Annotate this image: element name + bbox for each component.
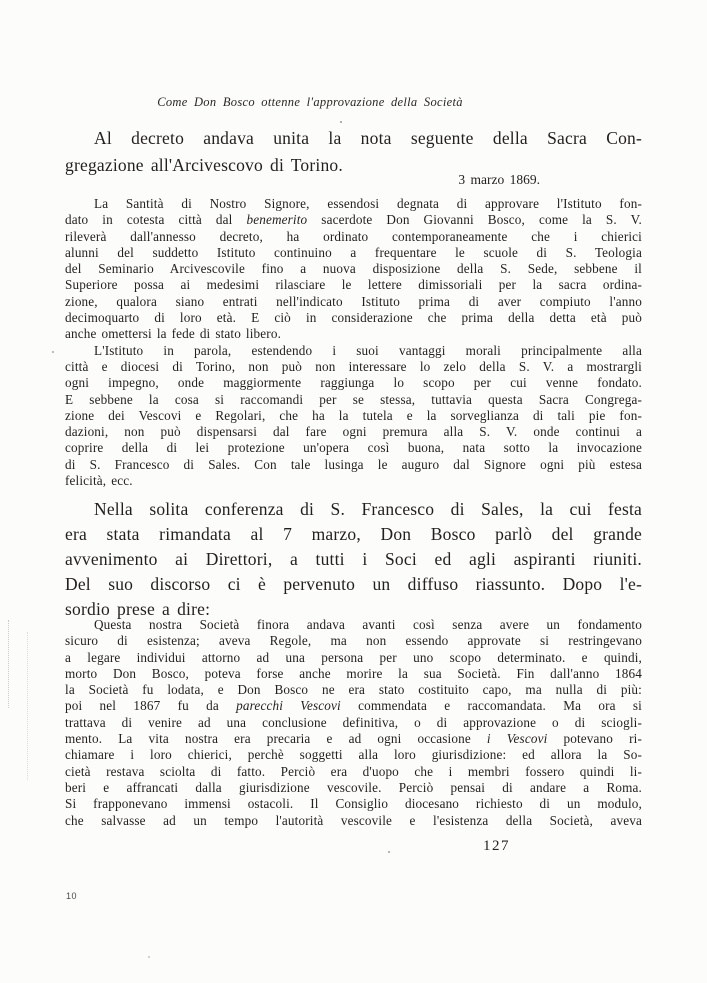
text-line: Del suo discorso ci è pervenuto un diffu…: [65, 572, 642, 597]
text-line: mento. La vita nostra era precaria e ad …: [65, 731, 642, 747]
book-page: Come Don Bosco ottenne l'approvazione de…: [0, 0, 707, 983]
scan-artifact-speck: [340, 121, 342, 123]
letter-paragraph-1: La Santità di Nostro Signore, essendosi …: [65, 196, 642, 343]
text-line: felicità, ecc.: [65, 473, 642, 489]
text-line: cietà restava sciolta di fatto. Perciò e…: [65, 764, 642, 780]
text-line: sicuro di esistenza; aveva Regole, ma no…: [65, 633, 642, 649]
text-line: Questa nostra Società finora andava avan…: [65, 617, 642, 633]
text-line: Al decreto andava unita la nota seguente…: [65, 125, 642, 152]
running-header: Come Don Bosco ottenne l'approvazione de…: [10, 95, 610, 110]
narration-paragraph: Nella solita conferenza di S. Francesco …: [65, 497, 642, 622]
text-line: Nella solita conferenza di S. Francesco …: [65, 497, 642, 522]
text-line: coprire della di lei protezione un'opera…: [65, 440, 642, 456]
letter-paragraph-2: L'Istituto in parola, estendendo i suoi …: [65, 343, 642, 490]
scan-artifact-dotted-line: [27, 632, 28, 780]
text-line: avvenimento ai Direttori, a tutti i Soci…: [65, 547, 642, 572]
text-line: ogni impegno, onde maggiormente raggiung…: [65, 375, 642, 391]
intro-paragraph: Al decreto andava unita la nota seguente…: [65, 125, 642, 179]
text-line: città e diocesi di Torino, non può non i…: [65, 359, 642, 375]
scan-artifact-speck: [388, 851, 390, 853]
letter-block: La Santità di Nostro Signore, essendosi …: [65, 196, 642, 489]
text-line: che salvasse ad un tempo l'autorità vesc…: [65, 813, 642, 829]
text-line: zione dei Vescovi e Regolari, che ha la …: [65, 408, 642, 424]
text-line: era stata rimandata al 7 marzo, Don Bosc…: [65, 522, 642, 547]
text-line: zione, qualora siano entrati nell'indica…: [65, 294, 642, 310]
text-line: dazioni, non può dispensarsi dal fare og…: [65, 424, 642, 440]
text-line: anche omettersi la fede di stato libero.: [65, 326, 642, 342]
scan-artifact-speck: [52, 351, 54, 353]
text-line: chiamare i loro chierici, perchè soggett…: [65, 747, 642, 763]
text-line: rileverà dall'annesso decreto, ha ordina…: [65, 229, 642, 245]
text-line: morto Don Bosco, poteva forse anche mori…: [65, 666, 642, 682]
text-line: trattava di venire ad una conclusione de…: [65, 715, 642, 731]
text-line: E sebbene la cosa si raccomandi per se s…: [65, 392, 642, 408]
speech-paragraph: Questa nostra Società finora andava avan…: [65, 617, 642, 829]
scan-artifact-speck: [148, 956, 150, 958]
text-line: di S. Francesco di Sales. Con tale lusin…: [65, 457, 642, 473]
text-line: a legare individui attorno ad una person…: [65, 650, 642, 666]
scan-artifact-dotted-line: [8, 620, 9, 708]
text-line: Si frapponevano immensi ostacoli. Il Con…: [65, 796, 642, 812]
dateline: 3 marzo 1869.: [65, 172, 540, 188]
text-line: beri e affrancati dalla giurisdizione ve…: [65, 780, 642, 796]
text-line: alunni del suddetto Istituto continuino …: [65, 245, 642, 261]
text-line: poi nel 1867 fu da parecchi Vescovi comm…: [65, 698, 642, 714]
text-line: la Società fu lodata, e Don Bosco ne era…: [65, 682, 642, 698]
text-line: dato in cotesta città dal benemerito sac…: [65, 212, 642, 228]
signature-mark: 10: [66, 891, 77, 901]
text-line: La Santità di Nostro Signore, essendosi …: [65, 196, 642, 212]
text-line: del Seminario Arcivescovile fino a nuova…: [65, 261, 642, 277]
page-number: 127: [483, 838, 510, 855]
text-line: L'Istituto in parola, estendendo i suoi …: [65, 343, 642, 359]
text-line: Superiore possa ai medesimi rilasciare l…: [65, 277, 642, 293]
text-line: decimoquarto di loro età. E ciò in consi…: [65, 310, 642, 326]
